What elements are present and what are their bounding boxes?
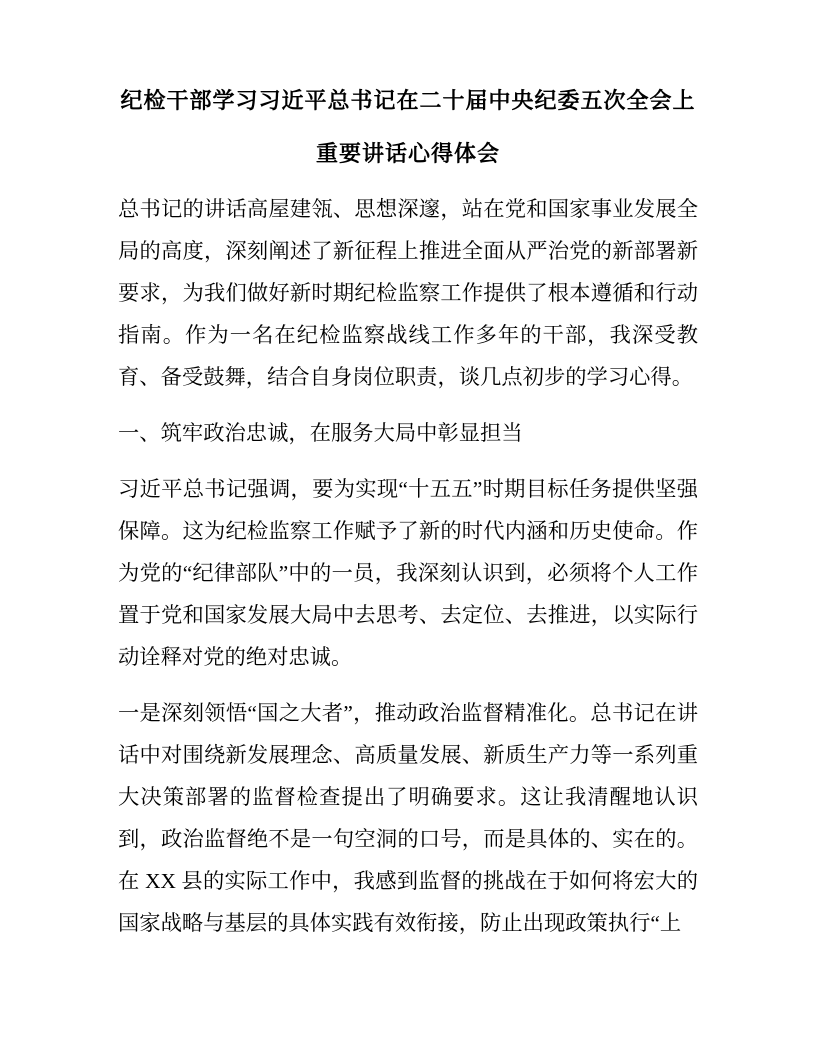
paragraph-point-one: 一是深刻领悟“国之大者”，推动政治监督精准化。总书记在讲话中对围绕新发展理念、高…	[118, 692, 698, 944]
section-heading-1: 一、筑牢政治忠诚，在服务大局中彰显担当	[118, 412, 698, 454]
paragraph-intro: 总书记的讲话高屋建瓴、思想深邃，站在党和国家事业发展全局的高度，深刻阐述了新征程…	[118, 188, 698, 398]
paragraph-section1-overview: 习近平总书记强调，要为实现“十五五”时期目标任务提供坚强保障。这为纪检监察工作赋…	[118, 468, 698, 678]
document-content: 纪检干部学习习近平总书记在二十届中央纪委五次全会上重要讲话心得体会 总书记的讲话…	[118, 74, 698, 944]
document-page: 纪检干部学习习近平总书记在二十届中央纪委五次全会上重要讲话心得体会 总书记的讲话…	[0, 0, 816, 1056]
document-title: 纪检干部学习习近平总书记在二十届中央纪委五次全会上重要讲话心得体会	[118, 74, 698, 180]
